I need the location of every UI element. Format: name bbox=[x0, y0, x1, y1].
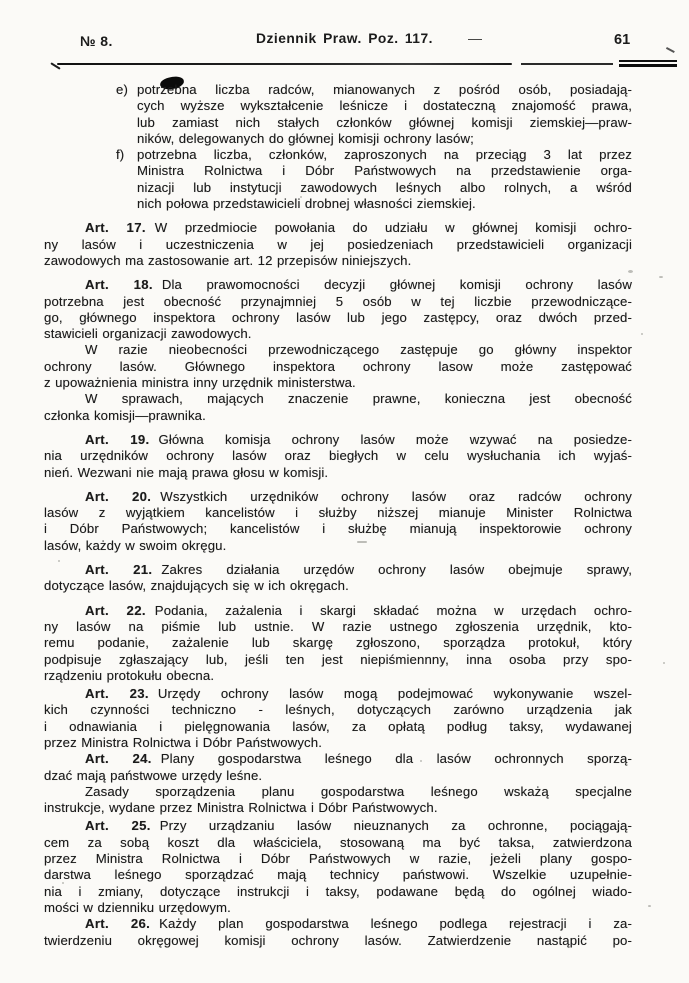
list-marker: f) bbox=[116, 147, 124, 163]
text-line: członka komisji—prawnika. bbox=[44, 408, 632, 424]
text-line: ników, delegowanych do głównej komisji o… bbox=[137, 131, 632, 147]
text-line: potrzebna liczba, członków, zaproszonych… bbox=[137, 147, 632, 163]
ink-speck bbox=[659, 276, 663, 278]
text-line: instrukcje, wydane przez Ministra Rolnic… bbox=[44, 800, 632, 816]
text-line: ny lasów i uczestniczenia w jej posiedze… bbox=[44, 237, 632, 253]
text-line: ochrony lasów. Głównego inspektora ochro… bbox=[44, 359, 632, 375]
text-line: Art. 18.Dla prawomocności decyzji główne… bbox=[44, 277, 632, 293]
ink-speck bbox=[663, 662, 665, 664]
header-rule-right-segment bbox=[619, 64, 677, 67]
article-block: Art. 25.Przy urządzaniu lasów nieuznanyc… bbox=[44, 818, 632, 916]
text-line: lub zamiast nich stałych członków główne… bbox=[137, 115, 632, 131]
list-item-block: f)potrzebna liczba, członków, zaproszony… bbox=[44, 147, 632, 212]
header-rule-right-segment bbox=[619, 60, 677, 62]
text-line: cem za sobą koszt dla właściciela, stoso… bbox=[44, 835, 632, 851]
text-line: potrzebna jest obecność przynajmniej 5 o… bbox=[44, 294, 632, 310]
article-block: Art. 20.Wszystkich urzędników ochrony la… bbox=[44, 489, 632, 554]
header-title: Dziennik Praw. Poz. 117. bbox=[0, 31, 689, 46]
text-line: Art. 21.Zakres działania urzędów ochrony… bbox=[44, 562, 632, 578]
text-line: Art. 19.Główna komisja ochrony lasów moż… bbox=[44, 432, 632, 448]
text-line: przez Ministra Rolnictwa i Dóbr Państwow… bbox=[44, 851, 632, 867]
document-body: e)potrzebna liczba radców, mianowanych z… bbox=[44, 82, 632, 949]
text-line: przez Ministra Rolnictwa i Dóbr Państwow… bbox=[44, 735, 632, 751]
text-line: i odnawiania i pielęgnowania lasów, za o… bbox=[44, 719, 632, 735]
article-label: Art. 24. bbox=[85, 751, 152, 766]
text-line: i Dóbr Państwowych; kancelistów i służbę… bbox=[44, 521, 632, 537]
text-line: Ministra Rolnictwa i Dóbr Państwowych na… bbox=[137, 163, 632, 179]
text-line: stawicieli organizacji zawodowych. bbox=[44, 326, 632, 342]
paragraph-block: W sprawach, mających znaczenie prawne, k… bbox=[44, 391, 632, 424]
text-line: Zasady sporządzenia planu gospodarstwa l… bbox=[44, 784, 632, 800]
text-line: zawodowych ma zastosowanie art. 12 przep… bbox=[44, 253, 632, 269]
article-block: Art. 26.Każdy plan gospodarstwa leśnego … bbox=[44, 916, 632, 949]
article-label: Art. 20. bbox=[85, 489, 151, 504]
text-line: Art. 25.Przy urządzaniu lasów nieuznanyc… bbox=[44, 818, 632, 834]
article-block: Art. 23.Urzędy ochrony lasów mogą podejm… bbox=[44, 686, 632, 751]
article-label: Art. 23. bbox=[85, 686, 149, 701]
text-line: go, głównego inspektora ochrony lasów lu… bbox=[44, 310, 632, 326]
text-line: kich czynności techniczno - leśnych, dot… bbox=[44, 702, 632, 718]
text-line: dzać mają państwowe urzędy leśne. bbox=[44, 768, 632, 784]
text-line: dotyczące lasów, znajdujących się w ich … bbox=[44, 578, 632, 594]
ink-speck bbox=[648, 905, 651, 907]
text-line: ny lasów na piśmie lub ustnie. W razie u… bbox=[44, 619, 632, 635]
article-label: Art. 17. bbox=[85, 220, 146, 235]
article-label: Art. 22. bbox=[85, 603, 146, 618]
article-block: Art. 18.Dla prawomocności decyzji główne… bbox=[44, 277, 632, 342]
text-line: Art. 22.Podania, zażalenia i skargi skła… bbox=[44, 603, 632, 619]
article-block: Art. 19.Główna komisja ochrony lasów moż… bbox=[44, 432, 632, 481]
text-line: nizacji lub instytucji zawodowych leśnyc… bbox=[137, 180, 632, 196]
text-line: Art. 17.W przedmiocie powołania do udzia… bbox=[44, 220, 632, 236]
article-block: Art. 24.Plany gospodarstwa leśnego dla l… bbox=[44, 751, 632, 784]
header-rule-main bbox=[57, 63, 512, 65]
text-line: cych wyższe wykształcenie leśnicze i dos… bbox=[137, 98, 632, 114]
article-label: Art. 19. bbox=[85, 432, 149, 447]
article-label: Art. 18. bbox=[85, 277, 153, 292]
scanned-document-page: № 8. Dziennik Praw. Poz. 117. — 61 e)pot… bbox=[0, 0, 689, 983]
text-line: lasów, każdy w swoim okręgu. bbox=[44, 538, 632, 554]
header-page-number: 61 bbox=[614, 32, 630, 48]
article-block: Art. 22.Podania, zażalenia i skargi skła… bbox=[44, 603, 632, 684]
text-line: nich połowa przedstawicieli drobnej włas… bbox=[137, 196, 632, 212]
header-rule-mid-segment bbox=[521, 63, 613, 65]
text-line: Art. 20.Wszystkich urzędników ochrony la… bbox=[44, 489, 632, 505]
list-marker: e) bbox=[116, 82, 128, 98]
text-line: W sprawach, mających znaczenie prawne, k… bbox=[44, 391, 632, 407]
header-dash-mark: — bbox=[468, 30, 482, 46]
text-line: podpisuje zgłaszający lub, jeśli ten jes… bbox=[44, 652, 632, 668]
text-line: Art. 26.Każdy plan gospodarstwa leśnego … bbox=[44, 916, 632, 932]
article-block: Art. 21.Zakres działania urzędów ochrony… bbox=[44, 562, 632, 595]
text-line: remu podanie, zażalenie lub skargę zgłos… bbox=[44, 635, 632, 651]
text-line: Art. 23.Urzędy ochrony lasów mogą podejm… bbox=[44, 686, 632, 702]
text-line: nia urzędników ochrony lasów oraz biegły… bbox=[44, 448, 632, 464]
text-line: potrzebna liczba radców, mianowanych z p… bbox=[137, 82, 632, 98]
text-line: nień. Wezwani nie mają prawa głosu w kom… bbox=[44, 465, 632, 481]
text-line: rządzeniu protokułu obecna. bbox=[44, 668, 632, 684]
text-line: nia i zmiany, dotyczące instrukcji i tak… bbox=[44, 884, 632, 900]
article-label: Art. 21. bbox=[85, 562, 152, 577]
article-block: Art. 17.W przedmiocie powołania do udzia… bbox=[44, 220, 632, 269]
article-label: Art. 25. bbox=[85, 818, 151, 833]
paragraph-block: W razie nieobecności przewodniczącego za… bbox=[44, 342, 632, 391]
list-item-block: e)potrzebna liczba radców, mianowanych z… bbox=[44, 82, 632, 147]
text-line: W razie nieobecności przewodniczącego za… bbox=[44, 342, 632, 358]
text-line: z upoważnienia ministra inny urzędnik mi… bbox=[44, 375, 632, 391]
text-line: darstwa leśnego sporządzać mają technicy… bbox=[44, 867, 632, 883]
text-line: Art. 24.Plany gospodarstwa leśnego dla l… bbox=[44, 751, 632, 767]
header-rule-tick bbox=[666, 47, 675, 53]
text-line: lasów z wyjątkiem kancelistów i służby n… bbox=[44, 505, 632, 521]
text-line: twierdzeniu okręgowej komisji ochrony la… bbox=[44, 933, 632, 949]
article-label: Art. 26. bbox=[85, 916, 150, 931]
ink-speck bbox=[641, 333, 643, 335]
paragraph-block: Zasady sporządzenia planu gospodarstwa l… bbox=[44, 784, 632, 817]
text-line: mości w dzienniku urzędowym. bbox=[44, 900, 632, 916]
